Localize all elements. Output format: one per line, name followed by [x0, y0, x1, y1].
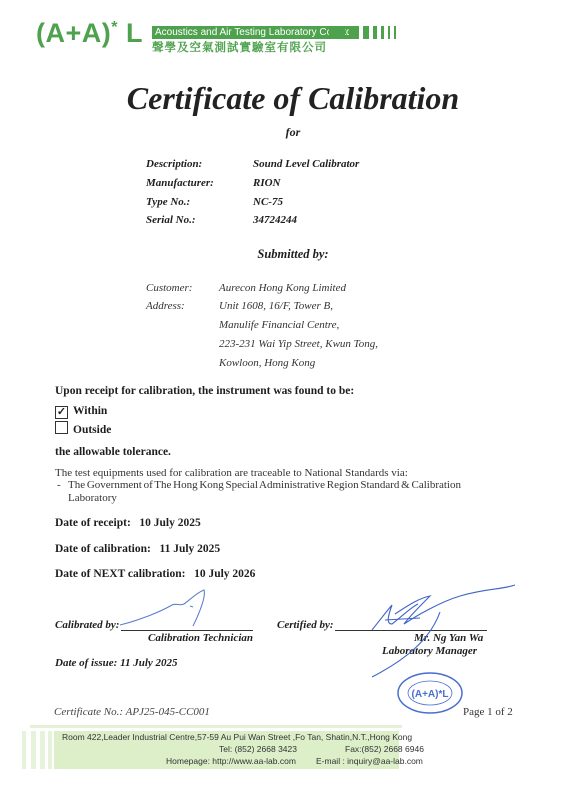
stamp-text: (A+A)*L — [412, 689, 449, 700]
footer-email[interactable]: E-mail : inquiry@aa-lab.com — [316, 756, 423, 766]
page-indicator: Page 1 of 2 — [463, 706, 513, 718]
certified-signature — [372, 585, 515, 677]
footer-stripe — [22, 731, 26, 769]
footer-tel: Tel: (852) 2668 3423 — [219, 744, 297, 754]
signatures-svg: (A+A)*L — [0, 0, 586, 794]
footer-address: Room 422,Leader Industrial Centre,57-59 … — [62, 732, 412, 742]
calibrated-signature — [120, 590, 204, 626]
footer-homepage[interactable]: Homepage: http://www.aa-lab.com — [166, 756, 296, 766]
footer-stripe — [31, 731, 36, 769]
certificate-number: Certificate No.: APJ25-045-CC001 — [54, 706, 210, 718]
date-of-issue: Date of issue: 11 July 2025 — [55, 657, 178, 669]
footer-stripe — [48, 731, 52, 769]
footer-stripe — [40, 731, 45, 769]
footer-fax: Fax:(852) 2668 6946 — [345, 744, 424, 754]
footer-top-rule — [30, 725, 402, 728]
